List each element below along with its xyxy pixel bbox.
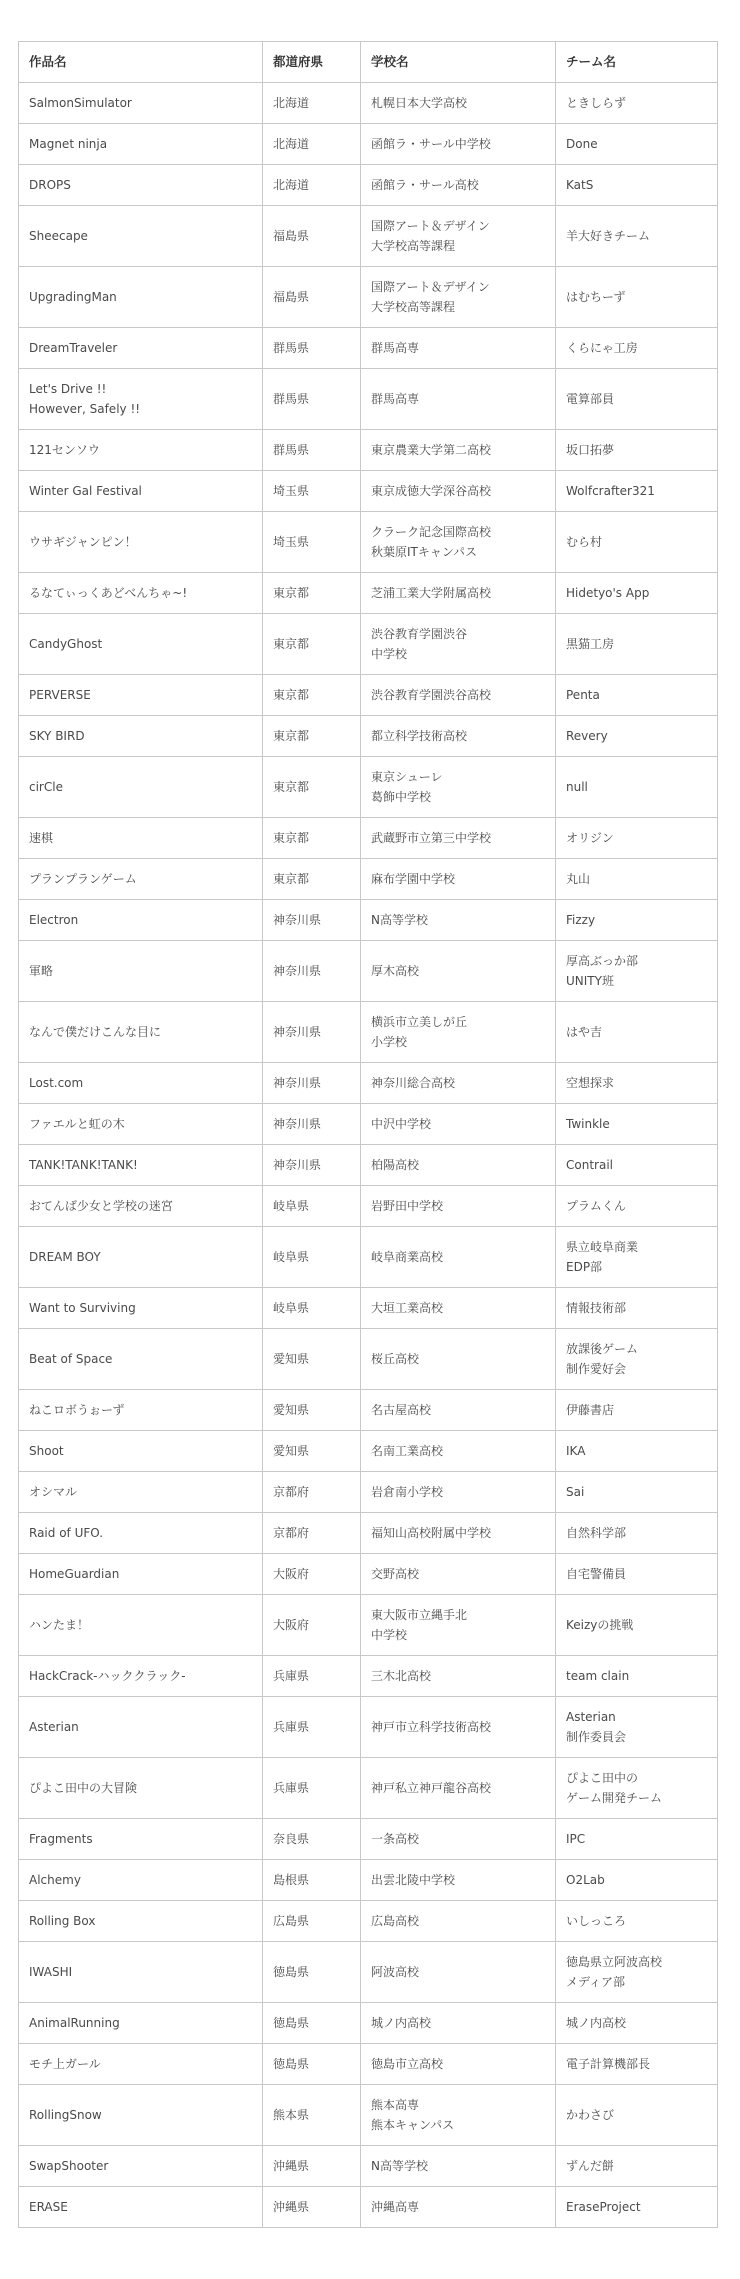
- work-name-cell: AnimalRunning: [19, 2003, 263, 2044]
- school-name-line: 桜丘高校: [371, 1349, 545, 1369]
- table-row: Alchemy島根県出雲北陵中学校O2Lab: [19, 1860, 718, 1901]
- work-name-line: Alchemy: [29, 1870, 252, 1890]
- school-name-cell: 都立科学技術高校: [361, 716, 556, 757]
- school-name-line: 中学校: [371, 1625, 545, 1645]
- school-name-line: 城ノ内高校: [371, 2013, 545, 2033]
- work-name-line: HomeGuardian: [29, 1564, 252, 1584]
- work-name-line: DROPS: [29, 175, 252, 195]
- table-row: SalmonSimulator北海道札幌日本大学高校ときしらず: [19, 83, 718, 124]
- school-name-line: 横浜市立美しが丘: [371, 1012, 545, 1032]
- team-name-line: IPC: [566, 1829, 707, 1849]
- prefecture-cell: 京都府: [263, 1513, 361, 1554]
- school-name-line: 函館ラ・サール中学校: [371, 134, 545, 154]
- team-name-cell: ときしらず: [556, 83, 718, 124]
- work-name-line: Asterian: [29, 1717, 252, 1737]
- prefecture-cell: 北海道: [263, 83, 361, 124]
- team-name-cell: 県立岐阜商業EDP部: [556, 1227, 718, 1288]
- table-row: 軍略神奈川県厚木高校厚高ぶっか部UNITY班: [19, 941, 718, 1002]
- work-name-line: Sheecape: [29, 226, 252, 246]
- work-name-cell: Want to Surviving: [19, 1288, 263, 1329]
- team-name-cell: Done: [556, 124, 718, 165]
- school-name-line: 交野高校: [371, 1564, 545, 1584]
- table-row: なんで僕だけこんな目に神奈川県横浜市立美しが丘小学校はや吉: [19, 1002, 718, 1063]
- school-name-line: 福知山高校附属中学校: [371, 1523, 545, 1543]
- school-name-line: 柏陽高校: [371, 1155, 545, 1175]
- team-name-cell: 厚高ぶっか部UNITY班: [556, 941, 718, 1002]
- school-name-cell: 芝浦工業大学附属高校: [361, 573, 556, 614]
- table-row: Fragments奈良県一条高校IPC: [19, 1819, 718, 1860]
- prefecture-cell: 岐阜県: [263, 1186, 361, 1227]
- team-name-cell: いしっころ: [556, 1901, 718, 1942]
- school-name-line: 広島高校: [371, 1911, 545, 1931]
- school-name-line: 岐阜商業高校: [371, 1247, 545, 1267]
- prefecture-cell: 東京都: [263, 859, 361, 900]
- school-name-line: 三木北高校: [371, 1666, 545, 1686]
- school-name-line: N高等学校: [371, 910, 545, 930]
- prefecture-cell: 東京都: [263, 818, 361, 859]
- team-name-line: Twinkle: [566, 1114, 707, 1134]
- team-name-line: 制作委員会: [566, 1727, 707, 1747]
- school-name-cell: 交野高校: [361, 1554, 556, 1595]
- team-name-line: Done: [566, 134, 707, 154]
- table-row: Want to Surviving岐阜県大垣工業高校情報技術部: [19, 1288, 718, 1329]
- table-row: HackCrack-ハッククラック-兵庫県三木北高校team clain: [19, 1656, 718, 1697]
- prefecture-cell: 奈良県: [263, 1819, 361, 1860]
- work-name-line: CandyGhost: [29, 634, 252, 654]
- work-name-cell: モチ上ガール: [19, 2044, 263, 2085]
- school-name-cell: 名古屋高校: [361, 1390, 556, 1431]
- school-name-line: 神奈川総合高校: [371, 1073, 545, 1093]
- school-name-line: 名古屋高校: [371, 1400, 545, 1420]
- work-name-line: Want to Surviving: [29, 1298, 252, 1318]
- work-name-cell: DROPS: [19, 165, 263, 206]
- prefecture-cell: 福島県: [263, 206, 361, 267]
- work-name-cell: DREAM BOY: [19, 1227, 263, 1288]
- work-name-cell: UpgradingMan: [19, 267, 263, 328]
- work-name-cell: SalmonSimulator: [19, 83, 263, 124]
- header-team-name: チーム名: [556, 42, 718, 83]
- school-name-cell: 東京シューレ葛飾中学校: [361, 757, 556, 818]
- team-name-line: O2Lab: [566, 1870, 707, 1890]
- prefecture-cell: 神奈川県: [263, 1063, 361, 1104]
- school-name-cell: 函館ラ・サール高校: [361, 165, 556, 206]
- school-name-line: 大学校高等課程: [371, 236, 545, 256]
- school-name-line: 熊本高専: [371, 2095, 545, 2115]
- work-name-line: るなてぃっくあどべんちゃ~!: [29, 583, 252, 603]
- work-name-cell: Fragments: [19, 1819, 263, 1860]
- school-name-line: 熊本キャンパス: [371, 2115, 545, 2135]
- prefecture-cell: 徳島県: [263, 2003, 361, 2044]
- team-name-cell: オリジン: [556, 818, 718, 859]
- work-name-cell: 121センソウ: [19, 430, 263, 471]
- table-row: DreamTraveler群馬県群馬高専くらにゃ工房: [19, 328, 718, 369]
- prefecture-cell: 群馬県: [263, 369, 361, 430]
- school-name-line: クラーク記念国際高校: [371, 522, 545, 542]
- prefecture-cell: 京都府: [263, 1472, 361, 1513]
- school-name-line: 麻布学園中学校: [371, 869, 545, 889]
- table-row: 速棋東京都武蔵野市立第三中学校オリジン: [19, 818, 718, 859]
- table-row: Raid of UFO.京都府福知山高校附属中学校自然科学部: [19, 1513, 718, 1554]
- work-name-cell: おてんば少女と学校の迷宮: [19, 1186, 263, 1227]
- team-name-cell: 情報技術部: [556, 1288, 718, 1329]
- team-name-line: Revery: [566, 726, 707, 746]
- team-name-line: 放課後ゲーム: [566, 1339, 707, 1359]
- school-name-line: 東京成徳大学深谷高校: [371, 481, 545, 501]
- team-name-cell: team clain: [556, 1656, 718, 1697]
- table-row: DROPS北海道函館ラ・サール高校KatS: [19, 165, 718, 206]
- team-name-line: UNITY班: [566, 971, 707, 991]
- team-name-line: KatS: [566, 175, 707, 195]
- work-name-line: なんで僕だけこんな目に: [29, 1022, 252, 1042]
- work-name-line: ぴよこ田中の大冒険: [29, 1778, 252, 1798]
- work-name-line: SwapShooter: [29, 2156, 252, 2176]
- table-row: おてんば少女と学校の迷宮岐阜県岩野田中学校プラムくん: [19, 1186, 718, 1227]
- table-row: Sheecape福島県国際アート＆デザイン大学校高等課程羊大好きチーム: [19, 206, 718, 267]
- school-name-line: 芝浦工業大学附属高校: [371, 583, 545, 603]
- team-name-line: 制作愛好会: [566, 1359, 707, 1379]
- table-row: Electron神奈川県N高等学校Fizzy: [19, 900, 718, 941]
- school-name-line: 東大阪市立縄手北: [371, 1605, 545, 1625]
- team-name-line: Sai: [566, 1482, 707, 1502]
- prefecture-cell: 神奈川県: [263, 1104, 361, 1145]
- work-name-cell: Let's Drive !!However, Safely !!: [19, 369, 263, 430]
- team-name-line: null: [566, 777, 707, 797]
- work-name-cell: TANK!TANK!TANK!: [19, 1145, 263, 1186]
- work-name-cell: ファエルと虹の木: [19, 1104, 263, 1145]
- work-name-line: TANK!TANK!TANK!: [29, 1155, 252, 1175]
- school-name-line: 武蔵野市立第三中学校: [371, 828, 545, 848]
- table-row: Asterian兵庫県神戸市立科学技術高校Asterian制作委員会: [19, 1697, 718, 1758]
- prefecture-cell: 神奈川県: [263, 941, 361, 1002]
- work-name-cell: Shoot: [19, 1431, 263, 1472]
- work-name-line: Fragments: [29, 1829, 252, 1849]
- work-name-line: PERVERSE: [29, 685, 252, 705]
- team-name-cell: 自然科学部: [556, 1513, 718, 1554]
- team-name-cell: null: [556, 757, 718, 818]
- school-name-cell: 横浜市立美しが丘小学校: [361, 1002, 556, 1063]
- work-name-cell: Sheecape: [19, 206, 263, 267]
- work-name-line: おてんば少女と学校の迷宮: [29, 1196, 252, 1216]
- team-name-cell: 自宅警備員: [556, 1554, 718, 1595]
- work-name-cell: Lost.com: [19, 1063, 263, 1104]
- work-name-line: オシマル: [29, 1482, 252, 1502]
- work-name-line: モチ上ガール: [29, 2054, 252, 2074]
- school-name-cell: N高等学校: [361, 2146, 556, 2187]
- table-row: ファエルと虹の木神奈川県中沢中学校Twinkle: [19, 1104, 718, 1145]
- school-name-line: 大垣工業高校: [371, 1298, 545, 1318]
- work-name-line: DreamTraveler: [29, 338, 252, 358]
- work-name-line: HackCrack-ハッククラック-: [29, 1666, 252, 1686]
- team-name-cell: 城ノ内高校: [556, 2003, 718, 2044]
- table-row: 121センソウ群馬県東京農業大学第二高校坂口拓夢: [19, 430, 718, 471]
- school-name-cell: 国際アート＆デザイン大学校高等課程: [361, 267, 556, 328]
- team-name-line: 坂口拓夢: [566, 440, 707, 460]
- table-row: Let's Drive !!However, Safely !!群馬県群馬高専電…: [19, 369, 718, 430]
- team-name-line: 空想探求: [566, 1073, 707, 1093]
- school-name-line: 札幌日本大学高校: [371, 93, 545, 113]
- work-name-cell: ハンたま！: [19, 1595, 263, 1656]
- table-row: るなてぃっくあどべんちゃ~!東京都芝浦工業大学附属高校Hidetyo's App: [19, 573, 718, 614]
- school-name-cell: 神奈川総合高校: [361, 1063, 556, 1104]
- table-row: SKY BIRD東京都都立科学技術高校Revery: [19, 716, 718, 757]
- school-name-cell: 札幌日本大学高校: [361, 83, 556, 124]
- school-name-cell: 武蔵野市立第三中学校: [361, 818, 556, 859]
- team-name-cell: Sai: [556, 1472, 718, 1513]
- school-name-cell: 東大阪市立縄手北中学校: [361, 1595, 556, 1656]
- team-name-line: ときしらず: [566, 93, 707, 113]
- work-name-line: ハンたま！: [29, 1615, 252, 1635]
- team-name-cell: O2Lab: [556, 1860, 718, 1901]
- team-name-line: EDP部: [566, 1257, 707, 1277]
- school-name-cell: 三木北高校: [361, 1656, 556, 1697]
- team-name-line: プラムくん: [566, 1196, 707, 1216]
- prefecture-cell: 東京都: [263, 716, 361, 757]
- prefecture-cell: 愛知県: [263, 1329, 361, 1390]
- prefecture-cell: 兵庫県: [263, 1656, 361, 1697]
- school-name-line: 小学校: [371, 1032, 545, 1052]
- work-name-line: ウサギジャンピン！: [29, 532, 252, 552]
- prefecture-cell: 神奈川県: [263, 1002, 361, 1063]
- work-name-cell: オシマル: [19, 1472, 263, 1513]
- prefecture-cell: 徳島県: [263, 2044, 361, 2085]
- team-name-line: Hidetyo's App: [566, 583, 707, 603]
- team-name-line: オリジン: [566, 828, 707, 848]
- work-name-line: However, Safely !!: [29, 399, 252, 419]
- table-row: Beat of Space愛知県桜丘高校放課後ゲーム制作愛好会: [19, 1329, 718, 1390]
- prefecture-cell: 埼玉県: [263, 471, 361, 512]
- table-row: ウサギジャンピン！埼玉県クラーク記念国際高校秋葉原ITキャンパスむら村: [19, 512, 718, 573]
- team-name-cell: 空想探求: [556, 1063, 718, 1104]
- header-prefecture: 都道府県: [263, 42, 361, 83]
- school-name-cell: 渋谷教育学園渋谷高校: [361, 675, 556, 716]
- table-row: Shoot愛知県名南工業高校IKA: [19, 1431, 718, 1472]
- team-name-cell: はむちーず: [556, 267, 718, 328]
- table-row: AnimalRunning徳島県城ノ内高校城ノ内高校: [19, 2003, 718, 2044]
- team-name-line: 丸山: [566, 869, 707, 889]
- team-name-cell: Keizyの挑戦: [556, 1595, 718, 1656]
- work-name-cell: PERVERSE: [19, 675, 263, 716]
- work-name-line: Let's Drive !!: [29, 379, 252, 399]
- team-name-line: Fizzy: [566, 910, 707, 930]
- school-name-cell: 岩野田中学校: [361, 1186, 556, 1227]
- team-name-line: Penta: [566, 685, 707, 705]
- school-name-cell: 広島高校: [361, 1901, 556, 1942]
- header-school-name: 学校名: [361, 42, 556, 83]
- work-name-line: Rolling Box: [29, 1911, 252, 1931]
- school-name-line: 阿波高校: [371, 1962, 545, 1982]
- school-name-line: 東京農業大学第二高校: [371, 440, 545, 460]
- team-name-line: いしっころ: [566, 1911, 707, 1931]
- school-name-cell: 沖縄高専: [361, 2187, 556, 2228]
- table-body: SalmonSimulator北海道札幌日本大学高校ときしらずMagnet ni…: [19, 83, 718, 2228]
- work-name-cell: 軍略: [19, 941, 263, 1002]
- team-name-cell: 伊藤書店: [556, 1390, 718, 1431]
- team-name-cell: 徳島県立阿波高校メディア部: [556, 1942, 718, 2003]
- prefecture-cell: 東京都: [263, 614, 361, 675]
- work-name-line: ERASE: [29, 2197, 252, 2217]
- work-name-cell: Magnet ninja: [19, 124, 263, 165]
- team-name-line: 伊藤書店: [566, 1400, 707, 1420]
- team-name-cell: Wolfcrafter321: [556, 471, 718, 512]
- school-name-line: 群馬高専: [371, 389, 545, 409]
- school-name-cell: 神戸私立神戸龍谷高校: [361, 1758, 556, 1819]
- school-name-cell: 福知山高校附属中学校: [361, 1513, 556, 1554]
- work-name-cell: Winter Gal Festival: [19, 471, 263, 512]
- work-name-cell: ウサギジャンピン！: [19, 512, 263, 573]
- team-name-line: 厚高ぶっか部: [566, 951, 707, 971]
- prefecture-cell: 愛知県: [263, 1390, 361, 1431]
- work-name-cell: cirCle: [19, 757, 263, 818]
- team-name-cell: かわさび: [556, 2085, 718, 2146]
- school-name-line: 中学校: [371, 644, 545, 664]
- work-name-cell: HackCrack-ハッククラック-: [19, 1656, 263, 1697]
- school-name-line: 名南工業高校: [371, 1441, 545, 1461]
- work-name-cell: Asterian: [19, 1697, 263, 1758]
- work-name-cell: IWASHI: [19, 1942, 263, 2003]
- prefecture-cell: 北海道: [263, 124, 361, 165]
- team-name-cell: プラムくん: [556, 1186, 718, 1227]
- work-name-cell: Rolling Box: [19, 1901, 263, 1942]
- prefecture-cell: 東京都: [263, 573, 361, 614]
- school-name-cell: 岩倉南小学校: [361, 1472, 556, 1513]
- header-work-name: 作品名: [19, 42, 263, 83]
- school-name-cell: 阿波高校: [361, 1942, 556, 2003]
- team-name-line: ぴよこ田中の: [566, 1768, 707, 1788]
- school-name-cell: 出雲北陵中学校: [361, 1860, 556, 1901]
- prefecture-cell: 島根県: [263, 1860, 361, 1901]
- table-row: ぴよこ田中の大冒険兵庫県神戸私立神戸龍谷高校ぴよこ田中のゲーム開発チーム: [19, 1758, 718, 1819]
- work-name-cell: るなてぃっくあどべんちゃ~!: [19, 573, 263, 614]
- team-name-cell: Twinkle: [556, 1104, 718, 1145]
- work-name-cell: Beat of Space: [19, 1329, 263, 1390]
- school-name-line: 沖縄高専: [371, 2197, 545, 2217]
- table-row: DREAM BOY岐阜県岐阜商業高校県立岐阜商業EDP部: [19, 1227, 718, 1288]
- work-name-cell: Alchemy: [19, 1860, 263, 1901]
- school-name-cell: 東京成徳大学深谷高校: [361, 471, 556, 512]
- school-name-line: 渋谷教育学園渋谷高校: [371, 685, 545, 705]
- team-name-cell: 電子計算機部長: [556, 2044, 718, 2085]
- work-name-line: Lost.com: [29, 1073, 252, 1093]
- table-row: Lost.com神奈川県神奈川総合高校空想探求: [19, 1063, 718, 1104]
- prefecture-cell: 兵庫県: [263, 1697, 361, 1758]
- team-name-line: 電子計算機部長: [566, 2054, 707, 2074]
- team-name-line: 自宅警備員: [566, 1564, 707, 1584]
- team-name-line: 羊大好きチーム: [566, 226, 707, 246]
- table-row: PERVERSE東京都渋谷教育学園渋谷高校Penta: [19, 675, 718, 716]
- school-name-cell: 東京農業大学第二高校: [361, 430, 556, 471]
- school-name-line: 出雲北陵中学校: [371, 1870, 545, 1890]
- prefecture-cell: 大阪府: [263, 1554, 361, 1595]
- table-row: HomeGuardian大阪府交野高校自宅警備員: [19, 1554, 718, 1595]
- school-name-cell: 中沢中学校: [361, 1104, 556, 1145]
- team-name-cell: 黒猫工房: [556, 614, 718, 675]
- team-name-cell: Penta: [556, 675, 718, 716]
- work-name-line: Shoot: [29, 1441, 252, 1461]
- school-name-line: 渋谷教育学園渋谷: [371, 624, 545, 644]
- work-name-line: IWASHI: [29, 1962, 252, 1982]
- team-name-line: Keizyの挑戦: [566, 1615, 707, 1635]
- table-row: オシマル京都府岩倉南小学校Sai: [19, 1472, 718, 1513]
- school-name-cell: 徳島市立高校: [361, 2044, 556, 2085]
- team-name-line: Asterian: [566, 1707, 707, 1727]
- work-name-line: Electron: [29, 910, 252, 930]
- header-row: 作品名 都道府県 学校名 チーム名: [19, 42, 718, 83]
- school-name-line: N高等学校: [371, 2156, 545, 2176]
- work-name-line: Beat of Space: [29, 1349, 252, 1369]
- school-name-cell: 岐阜商業高校: [361, 1227, 556, 1288]
- school-name-cell: 名南工業高校: [361, 1431, 556, 1472]
- prefecture-cell: 福島県: [263, 267, 361, 328]
- school-name-cell: 麻布学園中学校: [361, 859, 556, 900]
- work-name-cell: ERASE: [19, 2187, 263, 2228]
- work-name-line: UpgradingMan: [29, 287, 252, 307]
- school-name-cell: N高等学校: [361, 900, 556, 941]
- school-name-line: 一条高校: [371, 1829, 545, 1849]
- school-name-line: 国際アート＆デザイン: [371, 277, 545, 297]
- school-name-cell: 群馬高専: [361, 369, 556, 430]
- work-name-line: プランプランゲーム: [29, 869, 252, 889]
- work-name-line: ねこロボうぉーず: [29, 1400, 252, 1420]
- work-name-cell: Raid of UFO.: [19, 1513, 263, 1554]
- prefecture-cell: 群馬県: [263, 328, 361, 369]
- prefecture-cell: 神奈川県: [263, 900, 361, 941]
- table-row: Rolling Box広島県広島高校いしっころ: [19, 1901, 718, 1942]
- work-name-cell: RollingSnow: [19, 2085, 263, 2146]
- team-name-line: 城ノ内高校: [566, 2013, 707, 2033]
- school-name-line: 神戸市立科学技術高校: [371, 1717, 545, 1737]
- team-name-cell: Contrail: [556, 1145, 718, 1186]
- prefecture-cell: 愛知県: [263, 1431, 361, 1472]
- team-name-line: むら村: [566, 532, 707, 552]
- team-name-line: 徳島県立阿波高校: [566, 1952, 707, 1972]
- table-row: Winter Gal Festival埼玉県東京成徳大学深谷高校Wolfcraf…: [19, 471, 718, 512]
- work-name-line: 速棋: [29, 828, 252, 848]
- work-name-cell: なんで僕だけこんな目に: [19, 1002, 263, 1063]
- work-name-line: ファエルと虹の木: [29, 1114, 252, 1134]
- team-name-line: 黒猫工房: [566, 634, 707, 654]
- table-row: UpgradingMan福島県国際アート＆デザイン大学校高等課程はむちーず: [19, 267, 718, 328]
- school-name-cell: 群馬高専: [361, 328, 556, 369]
- team-name-cell: KatS: [556, 165, 718, 206]
- entries-table: 作品名 都道府県 学校名 チーム名 SalmonSimulator北海道札幌日本…: [18, 41, 718, 2228]
- team-name-line: IKA: [566, 1441, 707, 1461]
- school-name-cell: クラーク記念国際高校秋葉原ITキャンパス: [361, 512, 556, 573]
- work-name-cell: DreamTraveler: [19, 328, 263, 369]
- table-row: モチ上ガール徳島県徳島市立高校電子計算機部長: [19, 2044, 718, 2085]
- team-name-line: ずんだ餅: [566, 2156, 707, 2176]
- prefecture-cell: 東京都: [263, 757, 361, 818]
- prefecture-cell: 埼玉県: [263, 512, 361, 573]
- school-name-line: 厚木高校: [371, 961, 545, 981]
- work-name-line: DREAM BOY: [29, 1247, 252, 1267]
- team-name-line: くらにゃ工房: [566, 338, 707, 358]
- team-name-line: 電算部員: [566, 389, 707, 409]
- school-name-cell: 大垣工業高校: [361, 1288, 556, 1329]
- work-name-cell: ぴよこ田中の大冒険: [19, 1758, 263, 1819]
- team-name-line: ゲーム開発チーム: [566, 1788, 707, 1808]
- school-name-line: 秋葉原ITキャンパス: [371, 542, 545, 562]
- team-name-cell: 羊大好きチーム: [556, 206, 718, 267]
- school-name-line: 大学校高等課程: [371, 297, 545, 317]
- team-name-cell: Asterian制作委員会: [556, 1697, 718, 1758]
- table-row: SwapShooter沖縄県N高等学校ずんだ餅: [19, 2146, 718, 2187]
- school-name-cell: 渋谷教育学園渋谷中学校: [361, 614, 556, 675]
- school-name-line: 岩野田中学校: [371, 1196, 545, 1216]
- table-row: cirCle東京都東京シューレ葛飾中学校null: [19, 757, 718, 818]
- team-name-cell: むら村: [556, 512, 718, 573]
- work-name-cell: CandyGhost: [19, 614, 263, 675]
- table-row: TANK!TANK!TANK!神奈川県柏陽高校Contrail: [19, 1145, 718, 1186]
